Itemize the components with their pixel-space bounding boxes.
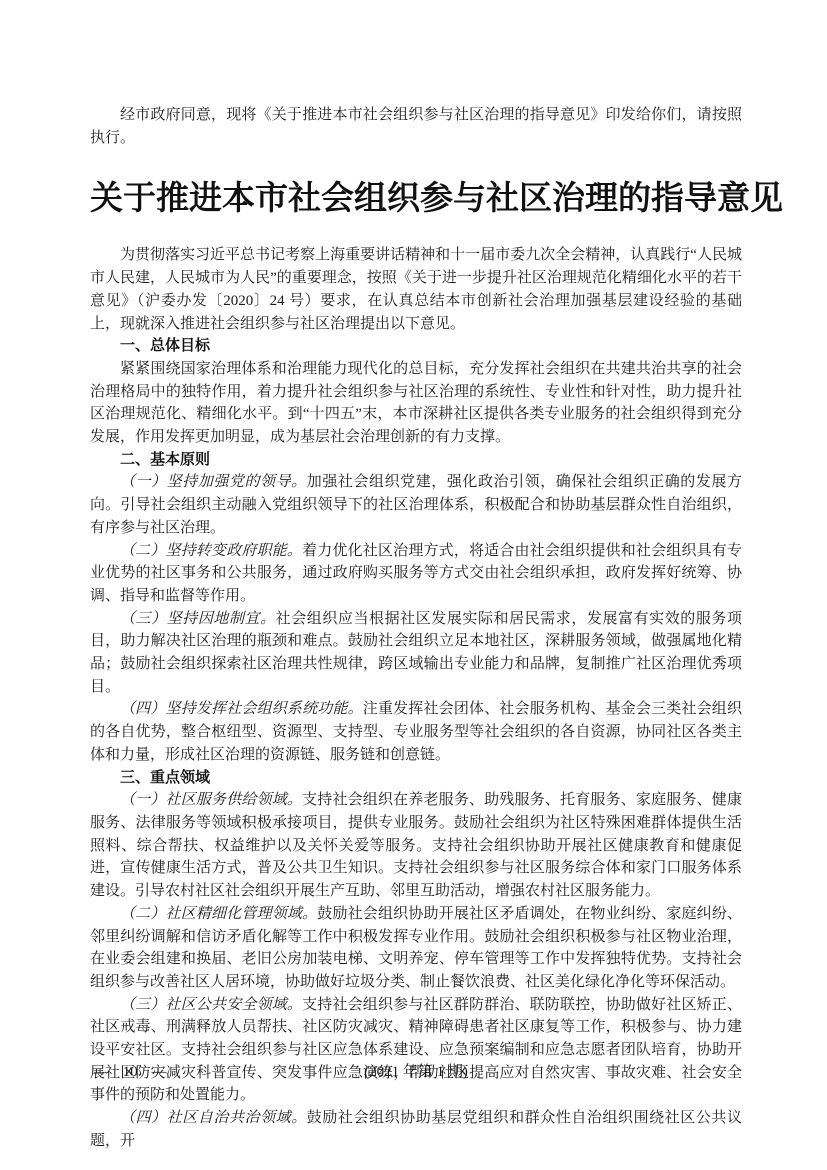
preamble-paragraph: 为贯彻落实习近平总书记考察上海重要讲话精神和十一届市委九次全会精神，认真践行“人… bbox=[90, 244, 742, 335]
focus-area-item-2: （二）社区精细化管理领域。鼓励社会组织协助开展社区矛盾调处，在物业纠纷、家庭纠纷… bbox=[90, 903, 742, 994]
principle-item-3-lead: （三）坚持因地制宜。 bbox=[120, 611, 276, 627]
principle-item-4-lead: （四）坚持发挥社会组织系统功能。 bbox=[120, 701, 363, 717]
principle-item-2: （二）坚持转变政府职能。着力优化社区治理方式，将适合由社会组织提供和社会组织具有… bbox=[90, 540, 742, 608]
section-1-body: 紧紧围绕国家治理体系和治理能力现代化的总目标，充分发挥社会组织在共建共治共享的社… bbox=[90, 358, 742, 449]
transmittal-note: 经市政府同意，现将《关于推进本市社会组织参与社区治理的指导意见》印发给你们，请按… bbox=[90, 104, 742, 149]
section-3-heading: 三、重点领域 bbox=[90, 767, 742, 790]
focus-area-item-3-lead: （三）社区公共安全领域。 bbox=[120, 997, 302, 1013]
focus-area-item-1-lead: （一）社区服务供给领域。 bbox=[120, 792, 302, 808]
principle-item-1: （一）坚持加强党的领导。加强社会组织党建，强化政治引领，确保社会组织正确的发展方… bbox=[90, 471, 742, 539]
section-1-heading: 一、总体目标 bbox=[90, 335, 742, 358]
document-content: 经市政府同意，现将《关于推进本市社会组织参与社区治理的指导意见》印发给你们，请按… bbox=[90, 104, 742, 1153]
focus-area-item-1-text: 支持社会组织在养老服务、助残服务、托育服务、家庭服务、健康服务、法律服务等领域积… bbox=[90, 792, 742, 899]
section-2-heading: 二、基本原则 bbox=[90, 449, 742, 472]
focus-area-item-1: （一）社区服务供给领域。支持社会组织在养老服务、助残服务、托育服务、家庭服务、健… bbox=[90, 789, 742, 903]
focus-area-item-3: （三）社区公共安全领域。支持社会组织参与社区群防群治、联防联控，协助做好社区矫正… bbox=[90, 994, 742, 1108]
issue-label: (2021 年第 1 期) bbox=[90, 1061, 742, 1084]
focus-area-item-4-lead: （四）社区自治共治领域。 bbox=[120, 1110, 307, 1126]
principle-item-1-lead: （一）坚持加强党的领导。 bbox=[120, 474, 307, 490]
focus-area-item-2-lead: （二）社区精细化管理领域。 bbox=[120, 906, 317, 922]
principle-item-4: （四）坚持发挥社会组织系统功能。注重发挥社会团体、社会服务机构、基金会三类社会组… bbox=[90, 698, 742, 766]
principle-item-3: （三）坚持因地制宜。社会组织应当根据社区发展实际和居民需求，发展富有实效的服务项… bbox=[90, 608, 742, 699]
focus-area-item-4: （四）社区自治共治领域。鼓励社会组织协助基层党组织和群众性自治组织围绕社区公共议… bbox=[90, 1107, 742, 1152]
principle-item-2-lead: （二）坚持转变政府职能。 bbox=[120, 543, 302, 559]
page-footer: — 10 — (2021 年第 1 期) bbox=[90, 1061, 742, 1084]
document-title: 关于推进本市社会组织参与社区治理的指导意见 bbox=[90, 176, 742, 222]
document-page: 经市政府同意，现将《关于推进本市社会组织参与社区治理的指导意见》印发给你们，请按… bbox=[0, 0, 827, 1170]
